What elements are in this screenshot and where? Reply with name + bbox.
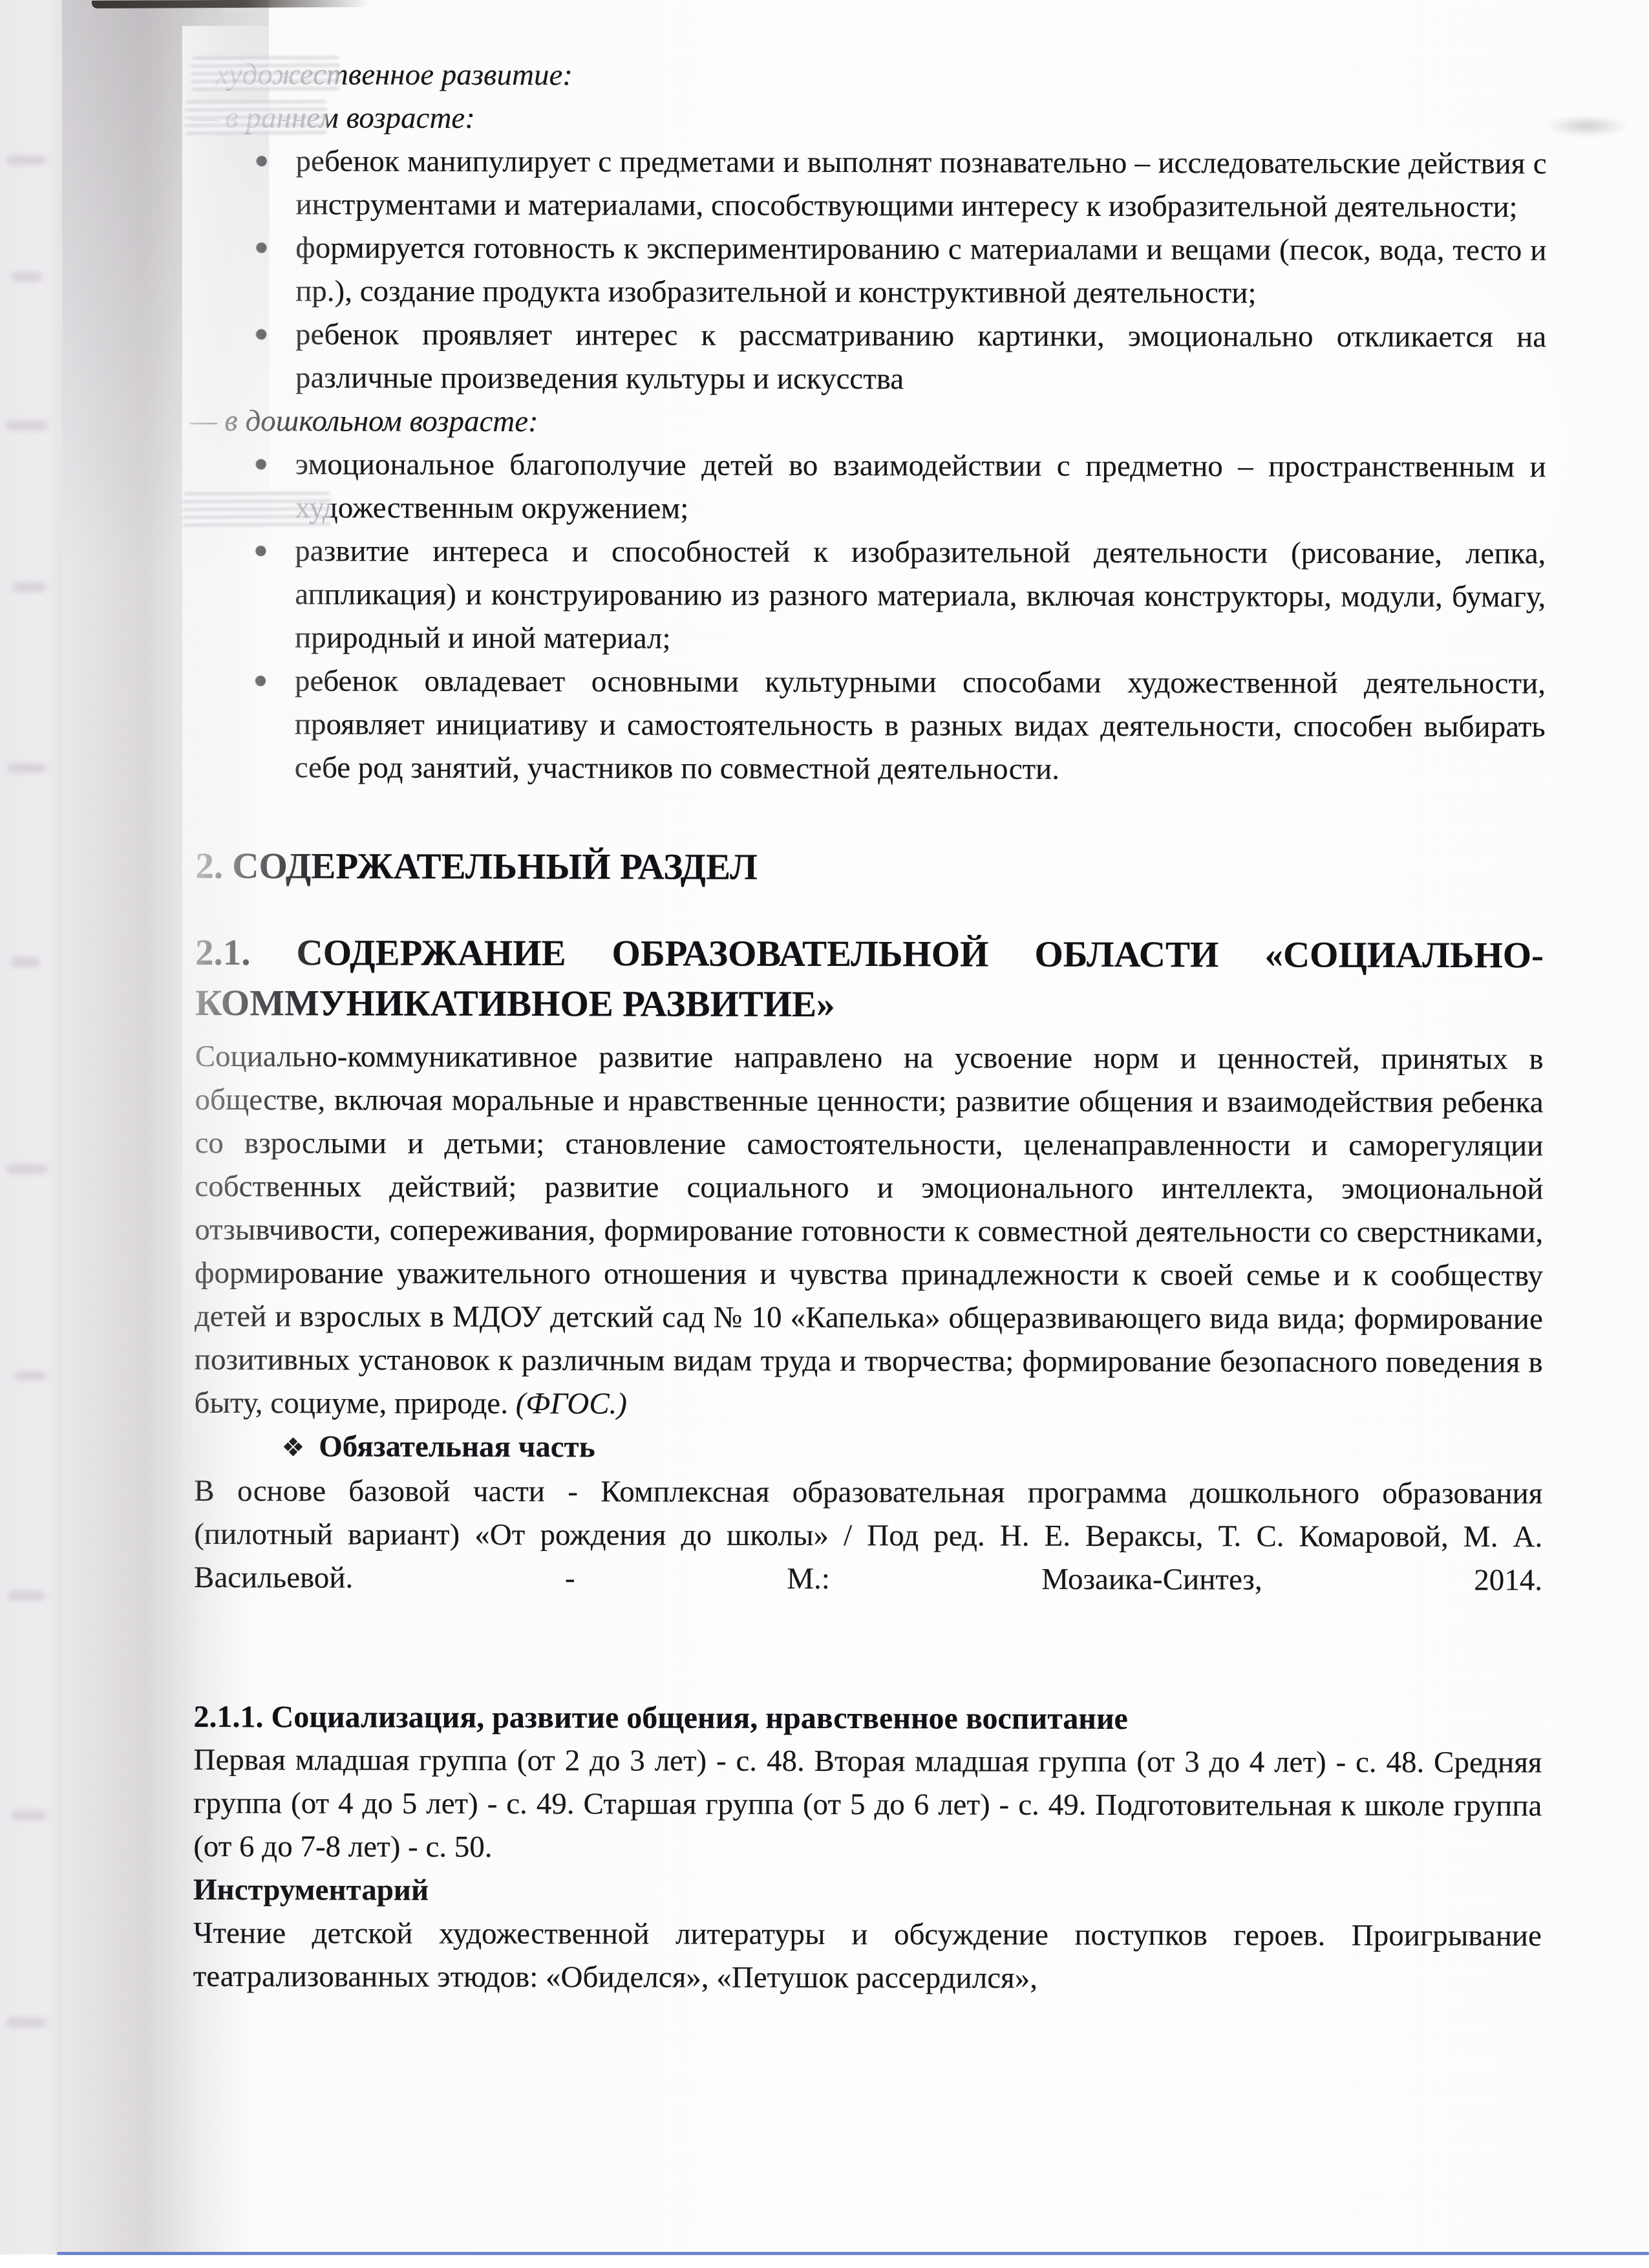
- intro-section: художественное развитие: — в раннем возр…: [214, 53, 1547, 792]
- mandatory-part-label: Обязательная часть: [319, 1429, 595, 1464]
- list-item: ребенок проявляет интерес к рассматриван…: [215, 313, 1546, 402]
- section-2-1-body: Социально-коммуникативное развитие напра…: [195, 1035, 1544, 1428]
- bleed-through-artifact: [6, 155, 47, 166]
- tools-label: Инструментарий: [193, 1868, 1542, 1914]
- intro-domain-line: художественное развитие:: [215, 53, 1547, 99]
- list-item: формируется готовность к экспериментиров…: [215, 226, 1546, 316]
- early-age-label: — в раннем возрасте:: [191, 96, 1547, 142]
- tools-text: Чтение детской художественной литературы…: [193, 1912, 1542, 2001]
- bleed-through-artifact: [8, 1590, 45, 1601]
- section-2-1-1-heading: 2.1.1. Социализация, развитие общения, н…: [194, 1695, 1542, 1741]
- scan-top-edge-artifact: [92, 0, 370, 8]
- diamond-bullet-icon: ❖: [281, 1433, 304, 1462]
- bleed-through-artifact: [6, 2017, 47, 2027]
- list-item: развитие интереса и способностей к изобр…: [214, 530, 1546, 662]
- scan-corner-smudge: [1545, 115, 1629, 137]
- list-item: ребенок овладевает основными культурными…: [214, 659, 1546, 792]
- bleed-through-artifact: [12, 1810, 47, 1821]
- page-content: художественное развитие: — в раннем возр…: [193, 53, 1546, 2001]
- section-2-1-heading: 2.1. СОДЕРЖАНИЕ ОБРАЗОВАТЕЛЬНОЙ ОБЛАСТИ …: [195, 928, 1544, 1031]
- preschool-age-list: эмоциональное благополучие детей во взаи…: [214, 443, 1546, 792]
- bleed-through-artifact: [13, 582, 47, 592]
- fgos-reference: (ФГОС.): [516, 1387, 627, 1420]
- section-2-heading: 2. СОДЕРЖАТЕЛЬНЫЙ РАЗДЕЛ: [195, 841, 1544, 894]
- mandatory-part-line: ❖Обязательная часть: [194, 1425, 1542, 1472]
- early-age-list: ребенок манипулирует с предметами и выпо…: [215, 140, 1547, 402]
- list-item: эмоциональное благополучие детей во взаи…: [214, 443, 1546, 532]
- bleed-through-artifact: [14, 1371, 47, 1381]
- section-2-1-heading-line2: КОММУНИКАТИВНОЕ РАЗВИТИЕ»: [195, 978, 1544, 1031]
- section-2-1-body-text: Социально-коммуникативное развитие напра…: [195, 1040, 1544, 1420]
- scan-bottom-edge-line: [57, 2252, 1649, 2255]
- mandatory-part-text: В основе базовой части - Комплексная обр…: [194, 1470, 1542, 1602]
- preschool-age-label: — в дошкольном возрасте:: [190, 400, 1546, 445]
- bleed-through-artifact: [5, 420, 48, 431]
- book-gutter-strip: [0, 0, 62, 2254]
- bleed-through-artifact: [8, 763, 47, 773]
- section-2-1-heading-line1: 2.1. СОДЕРЖАНИЕ ОБРАЗОВАТЕЛЬНОЙ ОБЛАСТИ …: [195, 928, 1544, 981]
- bleed-through-artifact: [12, 272, 43, 282]
- list-item: ребенок манипулирует с предметами и выпо…: [215, 140, 1546, 229]
- bleed-through-artifact: [6, 1164, 48, 1174]
- bleed-through-artifact: [10, 957, 40, 967]
- age-groups-pages: Первая младшая группа (от 2 до 3 лет) - …: [193, 1738, 1542, 1871]
